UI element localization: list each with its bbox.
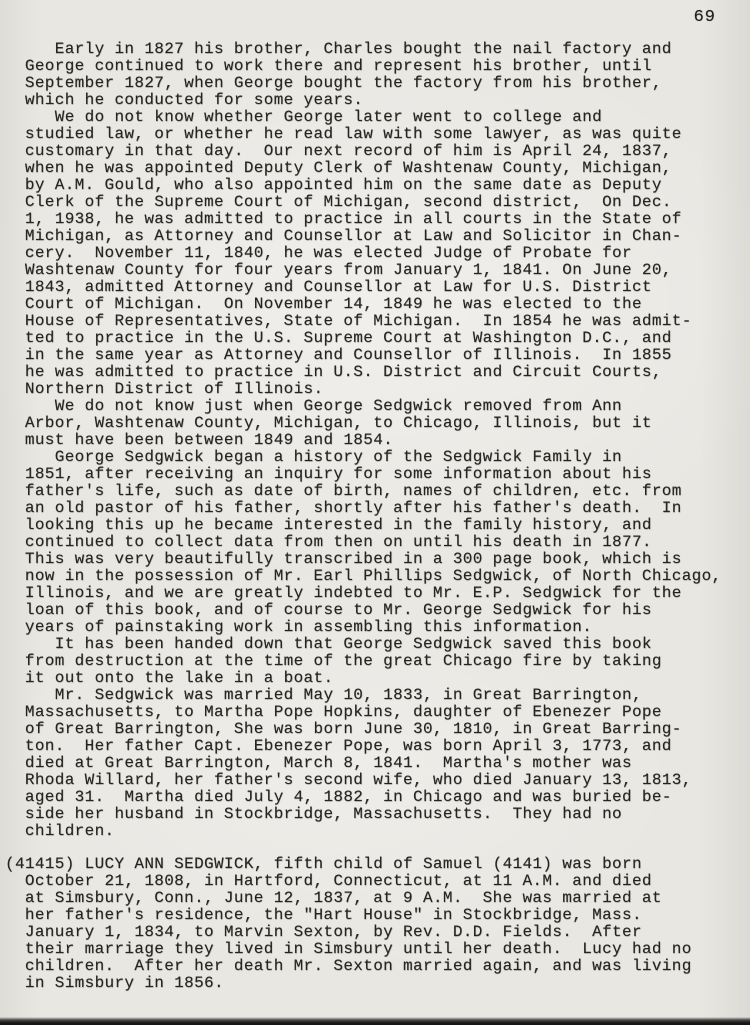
paragraph-move-to-chicago: We do not know just when George Sedgwick… (5, 398, 750, 449)
paragraph-chicago-fire: It has been handed down that George Sedg… (5, 636, 750, 687)
scan-bottom-edge-artifact (0, 1017, 750, 1025)
page-number: 69 (694, 8, 716, 27)
paragraph-marriage-martha: Mr. Sedgwick was married May 10, 1833, i… (5, 687, 750, 840)
paragraph-nail-factory: Early in 1827 his brother, Charles bough… (5, 41, 750, 109)
paragraph-legal-career: We do not know whether George later went… (5, 109, 750, 398)
document-text: Early in 1827 his brother, Charles bough… (5, 41, 750, 992)
entry-41415-lucy-ann-sedgwick: (41415) LUCY ANN SEDGWICK, fifth child o… (5, 856, 750, 992)
paragraph-family-history-book: George Sedgwick began a history of the S… (5, 449, 750, 636)
